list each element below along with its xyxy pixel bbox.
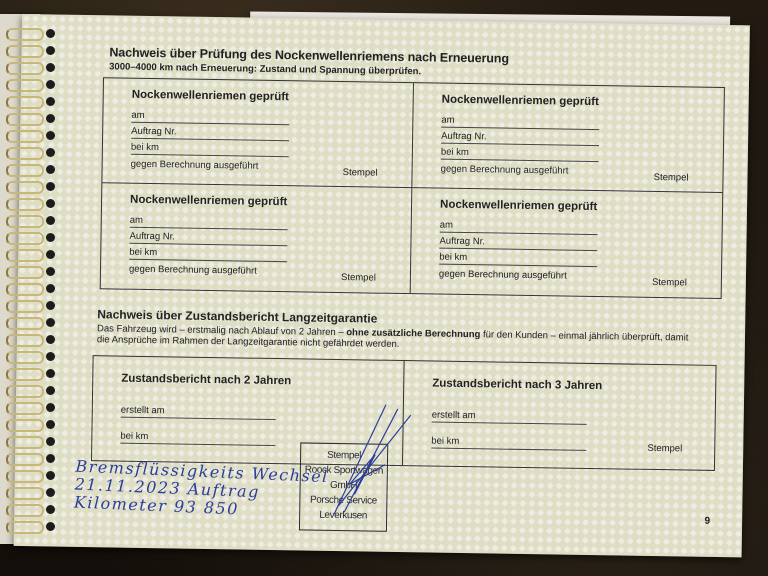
booklet-page: Nachweis über Prüfung des Nockenwellenri…	[14, 14, 750, 557]
spiral-coil	[6, 470, 44, 483]
spiral-coil	[6, 487, 44, 500]
km-field[interactable]: bei km	[131, 142, 289, 157]
spiral-coil	[6, 96, 44, 109]
punch-hole	[46, 114, 55, 123]
punch-hole	[46, 488, 55, 497]
section1-subtitle: 3000–4000 km nach Erneuerung: Zustand un…	[109, 61, 421, 77]
punch-hole	[46, 148, 55, 157]
punch-hole	[46, 522, 55, 531]
punch-hole	[46, 199, 55, 208]
cell-title: Zustandsbericht nach 3 Jahren	[432, 377, 602, 392]
punch-hole	[46, 131, 55, 140]
stamp-label: Stempel	[341, 272, 376, 284]
punch-hole	[46, 352, 55, 361]
punch-hole	[46, 454, 55, 463]
cell-title: Nockenwellenriemen geprüft	[442, 94, 599, 108]
stamp-label: Stempel	[343, 167, 378, 179]
punch-hole	[46, 250, 55, 259]
punch-hole	[46, 420, 55, 429]
spiral-coil	[6, 317, 44, 330]
camshaft-belt-check-grid: Nockenwellenriemen geprüft am Auftrag Nr…	[100, 77, 725, 299]
spiral-coil	[6, 504, 44, 517]
punch-hole	[46, 335, 55, 344]
report-cell-3-years: Zustandsbericht nach 3 Jahren erstellt a…	[403, 361, 716, 470]
spiral-coil	[6, 283, 44, 296]
spiral-coil	[6, 232, 44, 245]
cell-title: Nockenwellenriemen geprüft	[130, 194, 287, 208]
punch-hole	[46, 46, 55, 55]
spiral-coil	[6, 45, 44, 58]
spiral-coil	[6, 300, 44, 313]
spiral-coil	[6, 402, 44, 415]
spiral-coil	[6, 181, 44, 194]
km-field[interactable]: bei km	[439, 252, 597, 267]
spiral-coil	[6, 198, 44, 211]
spiral-coil	[6, 334, 44, 347]
cell-title: Nockenwellenriemen geprüft	[132, 89, 289, 103]
signature-scribble	[314, 394, 416, 526]
spiral-coil	[6, 419, 44, 432]
punch-hole	[46, 165, 55, 174]
spiral-binding	[6, 28, 46, 538]
spiral-coil	[6, 436, 44, 449]
check-cell-2: Nockenwellenriemen geprüft am Auftrag Nr…	[412, 83, 724, 193]
billing-note: gegen Berechnung ausgeführt	[131, 159, 259, 172]
section2-title: Nachweis über Zustandsbericht Langzeitga…	[97, 307, 377, 325]
page-number: 9	[704, 516, 710, 527]
punch-hole	[46, 182, 55, 191]
billing-note: gegen Berechnung ausgeführt	[441, 164, 569, 177]
punch-hole	[46, 318, 55, 327]
punch-hole	[46, 63, 55, 72]
spiral-coil	[6, 368, 44, 381]
punch-hole	[46, 80, 55, 89]
billing-note: gegen Berechnung ausgeführt	[129, 264, 257, 277]
punch-hole	[46, 267, 55, 276]
spiral-coil	[6, 385, 44, 398]
date-field[interactable]: am	[131, 110, 289, 125]
km-field[interactable]: bei km	[441, 147, 599, 162]
check-cell-1: Nockenwellenriemen geprüft am Auftrag Nr…	[102, 78, 414, 188]
km-field[interactable]: bei km	[120, 431, 275, 446]
punch-hole	[46, 284, 55, 293]
spiral-coil	[6, 147, 44, 160]
km-field[interactable]: bei km	[129, 247, 287, 262]
stamp-label: Stempel	[654, 172, 689, 184]
spiral-coil	[6, 249, 44, 262]
stamp-label: Stempel	[647, 443, 682, 455]
spiral-coil	[6, 130, 44, 143]
date-field[interactable]: am	[130, 215, 288, 230]
spiral-coil	[6, 521, 44, 534]
handwritten-entry: Bremsflüssigkeits Wechsel 21.11.2023 Auf…	[74, 458, 330, 523]
spiral-coil	[6, 351, 44, 364]
order-number-field[interactable]: Auftrag Nr.	[441, 131, 599, 146]
spiral-coil	[6, 453, 44, 466]
punch-hole	[46, 29, 55, 38]
cell-title: Nockenwellenriemen geprüft	[440, 199, 597, 213]
billing-note: gegen Berechnung ausgeführt	[439, 269, 567, 282]
order-number-field[interactable]: Auftrag Nr.	[131, 126, 289, 141]
spiral-coil	[6, 113, 44, 126]
stamp-label: Stempel	[652, 277, 687, 289]
created-date-field[interactable]: erstellt am	[432, 409, 587, 424]
spiral-coil	[6, 62, 44, 75]
punch-hole	[46, 471, 55, 480]
punch-hole	[46, 216, 55, 225]
punch-hole	[46, 301, 55, 310]
punch-hole	[46, 233, 55, 242]
spiral-coil	[6, 266, 44, 279]
spiral-coil	[6, 215, 44, 228]
km-field[interactable]: bei km	[431, 435, 586, 450]
punch-hole	[46, 505, 55, 514]
punch-hole	[46, 437, 55, 446]
check-cell-3: Nockenwellenriemen geprüft am Auftrag Nr…	[101, 183, 413, 293]
spiral-coil	[6, 79, 44, 92]
punch-hole	[46, 369, 55, 378]
cell-title: Zustandsbericht nach 2 Jahren	[121, 373, 291, 388]
punch-hole	[46, 386, 55, 395]
created-date-field[interactable]: erstellt am	[121, 405, 276, 420]
punch-hole	[46, 97, 55, 106]
check-cell-4: Nockenwellenriemen geprüft am Auftrag Nr…	[411, 188, 723, 298]
section2-description: Das Fahrzeug wird – erstmalig nach Ablau…	[97, 323, 697, 354]
order-number-field[interactable]: Auftrag Nr.	[439, 236, 597, 251]
order-number-field[interactable]: Auftrag Nr.	[129, 231, 287, 246]
spiral-coil	[6, 164, 44, 177]
spiral-coil	[6, 28, 44, 41]
punch-hole	[46, 403, 55, 412]
date-field[interactable]: am	[440, 220, 598, 235]
date-field[interactable]: am	[441, 115, 599, 130]
